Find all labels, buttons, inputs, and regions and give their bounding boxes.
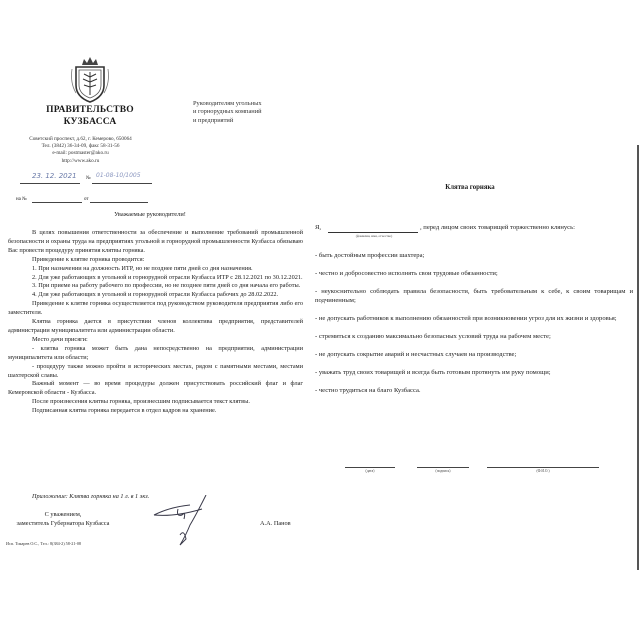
oath-item: - не допускать сокрытие аварий и несчаст… (315, 350, 633, 359)
reference-date-line (90, 195, 148, 203)
letter-paragraph: 4. Для уже работающих в угольной и горно… (8, 291, 303, 300)
letter-paragraph: 1. При назначении на должность ИТР, но н… (8, 265, 303, 274)
reference-label: на № (16, 197, 27, 202)
letter-paragraph: - клятва горняка может быть дана непосре… (8, 345, 303, 363)
letter-paragraph: Приведение к клятве горняка осуществляет… (8, 300, 303, 318)
oath-item: - стремиться к созданию максимально безо… (315, 332, 633, 341)
handwritten-date: 23. 12. 2021 (32, 172, 77, 180)
letter-paragraph: После произнесения клятвы горняка, произ… (8, 398, 303, 407)
letter-paragraph: В целях повышения ответственности за обе… (8, 229, 303, 256)
signature-field-date: (дата) (345, 467, 395, 473)
email: e-mail: postmaster@ako.ru (8, 150, 153, 157)
addressee-line1: Руководителям угольных (193, 100, 303, 108)
signature-field-signature: (подпись) (417, 467, 469, 473)
oath-item: - неукоснительно соблюдать правила безоп… (315, 287, 633, 306)
phone: Тел. (3842) 36-34-09, факс 58-31-56 (8, 143, 153, 150)
official-letter: ПРАВИТЕЛЬСТВО КУЗБАССА Советский проспек… (0, 0, 320, 640)
reference-number-line (32, 195, 82, 203)
website: http://www.ako.ru (8, 158, 153, 165)
addressee-line3: и предприятий (193, 117, 303, 125)
oath-item: - быть достойным профессии шахтера; (315, 251, 633, 260)
coat-of-arms-icon (68, 55, 112, 105)
org-name-line1: ПРАВИТЕЛЬСТВО (20, 104, 160, 116)
letter-paragraph: - процедуру также можно пройти в историч… (8, 363, 303, 381)
oath-item: - честно трудиться на благо Кузбасса. (315, 386, 633, 395)
reference-separator: от (84, 197, 89, 202)
salutation: Уважаемые руководители! (0, 211, 300, 218)
oath-items: - быть достойным профессии шахтера;- чес… (315, 251, 633, 403)
organization-contacts: Советский проспект, д.62, г. Кемерово, 6… (8, 136, 153, 165)
oath-vow-text: , перед лицом своих товарищей торжествен… (420, 224, 575, 231)
name-blank-hint: (фамилия, имя, отчество) (330, 234, 418, 238)
signer-name: А.А. Панов (260, 520, 291, 527)
page-edge-border (637, 145, 639, 570)
handwritten-number: 01-08-10/1005 (96, 172, 141, 179)
oath-pronoun: Я, (315, 224, 321, 231)
oath-item: - честно и добросовестно исполнять свои … (315, 269, 633, 278)
oath-title: Клятва горняка (300, 184, 640, 191)
signature-field-fullname: (Ф.И.О.) (487, 467, 599, 473)
letter-paragraph: Приведение к клятве горняка проводится: (8, 256, 303, 265)
letter-paragraph: Подписанная клятва горняка передается в … (8, 407, 303, 416)
organization-name: ПРАВИТЕЛЬСТВО КУЗБАССА (20, 104, 160, 128)
addressee-block: Руководителям угольных и горнорудных ком… (193, 100, 303, 125)
handwritten-signature-icon (150, 495, 220, 550)
letter-body: В целях повышения ответственности за обе… (8, 229, 303, 416)
executor-info: Исп. Токарев О.С., Тел.: 8(384-2) 58-21-… (6, 541, 81, 546)
signer-position: заместитель Губернатора Кузбасса (8, 520, 118, 529)
letter-paragraph: 3. При приеме на работу рабочего по проф… (8, 282, 303, 291)
oath-item: - не допускать работников к выполнению о… (315, 314, 633, 323)
letter-paragraph: Место дачи присяги: (8, 336, 303, 345)
regards-line: С уважением, (8, 511, 118, 520)
letter-paragraph: Важный момент — во время процедуры долже… (8, 380, 303, 398)
attachment-note: Приложение: Клятва горняка на 1 л. в 1 э… (32, 493, 149, 500)
oath-item: - уважать труд своих товарищей и всегда … (315, 368, 633, 377)
org-name-line2: КУЗБАССА (20, 116, 160, 128)
name-blank-line (328, 224, 418, 233)
number-sign: № (86, 176, 91, 181)
letter-paragraph: 2. Для уже работающих в угольной и горно… (8, 274, 303, 283)
regards-block: С уважением, заместитель Губернатора Куз… (8, 511, 118, 529)
addressee-line2: и горнорудных компаний (193, 108, 303, 116)
letter-paragraph: Клятва горняка дается в присутствии член… (8, 318, 303, 336)
